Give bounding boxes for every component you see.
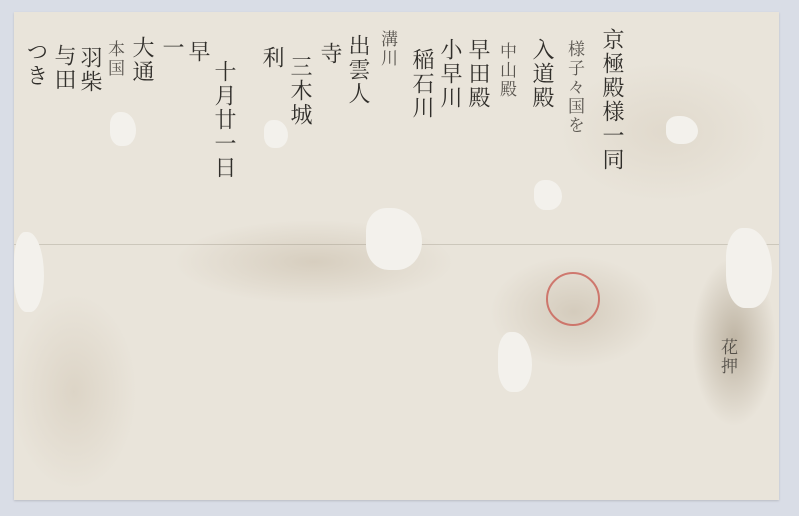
manuscript-paper bbox=[14, 12, 779, 500]
text-column: 様子々国を bbox=[565, 40, 582, 135]
text-column: 寺 bbox=[318, 42, 340, 66]
text-column: 中山殿 bbox=[497, 42, 514, 99]
signature: 花押 bbox=[718, 338, 735, 376]
paper-damage bbox=[666, 116, 698, 144]
text-column: 羽柴 bbox=[78, 46, 100, 94]
text-column: 三木城 bbox=[288, 55, 310, 127]
paper-damage bbox=[110, 112, 136, 146]
text-column: 与田 bbox=[52, 44, 74, 92]
text-column: 利 bbox=[260, 46, 282, 70]
text-column: 入道殿 bbox=[530, 38, 552, 110]
text-column: 溝川 bbox=[378, 30, 395, 68]
paper-damage bbox=[534, 180, 562, 210]
paper-damage bbox=[726, 228, 772, 308]
paper-damage bbox=[264, 120, 288, 148]
text-column: 大通 bbox=[130, 36, 152, 84]
red-seal bbox=[546, 272, 600, 326]
text-column: つき bbox=[24, 40, 46, 88]
text-column: 稲石川 bbox=[410, 48, 432, 120]
text-column: 本国 bbox=[105, 40, 122, 78]
text-column: 出雲人 bbox=[346, 34, 368, 106]
text-column: 早 bbox=[186, 40, 208, 64]
text-column: 京極殿様一同 bbox=[600, 28, 622, 172]
text-column: 十月廿一日 bbox=[212, 60, 234, 180]
text-column: 一 bbox=[160, 36, 182, 60]
paper-damage bbox=[366, 208, 422, 270]
paper-damage bbox=[498, 332, 532, 392]
text-column: 小早川 bbox=[438, 38, 460, 110]
text-column: 早田殿 bbox=[466, 38, 488, 110]
